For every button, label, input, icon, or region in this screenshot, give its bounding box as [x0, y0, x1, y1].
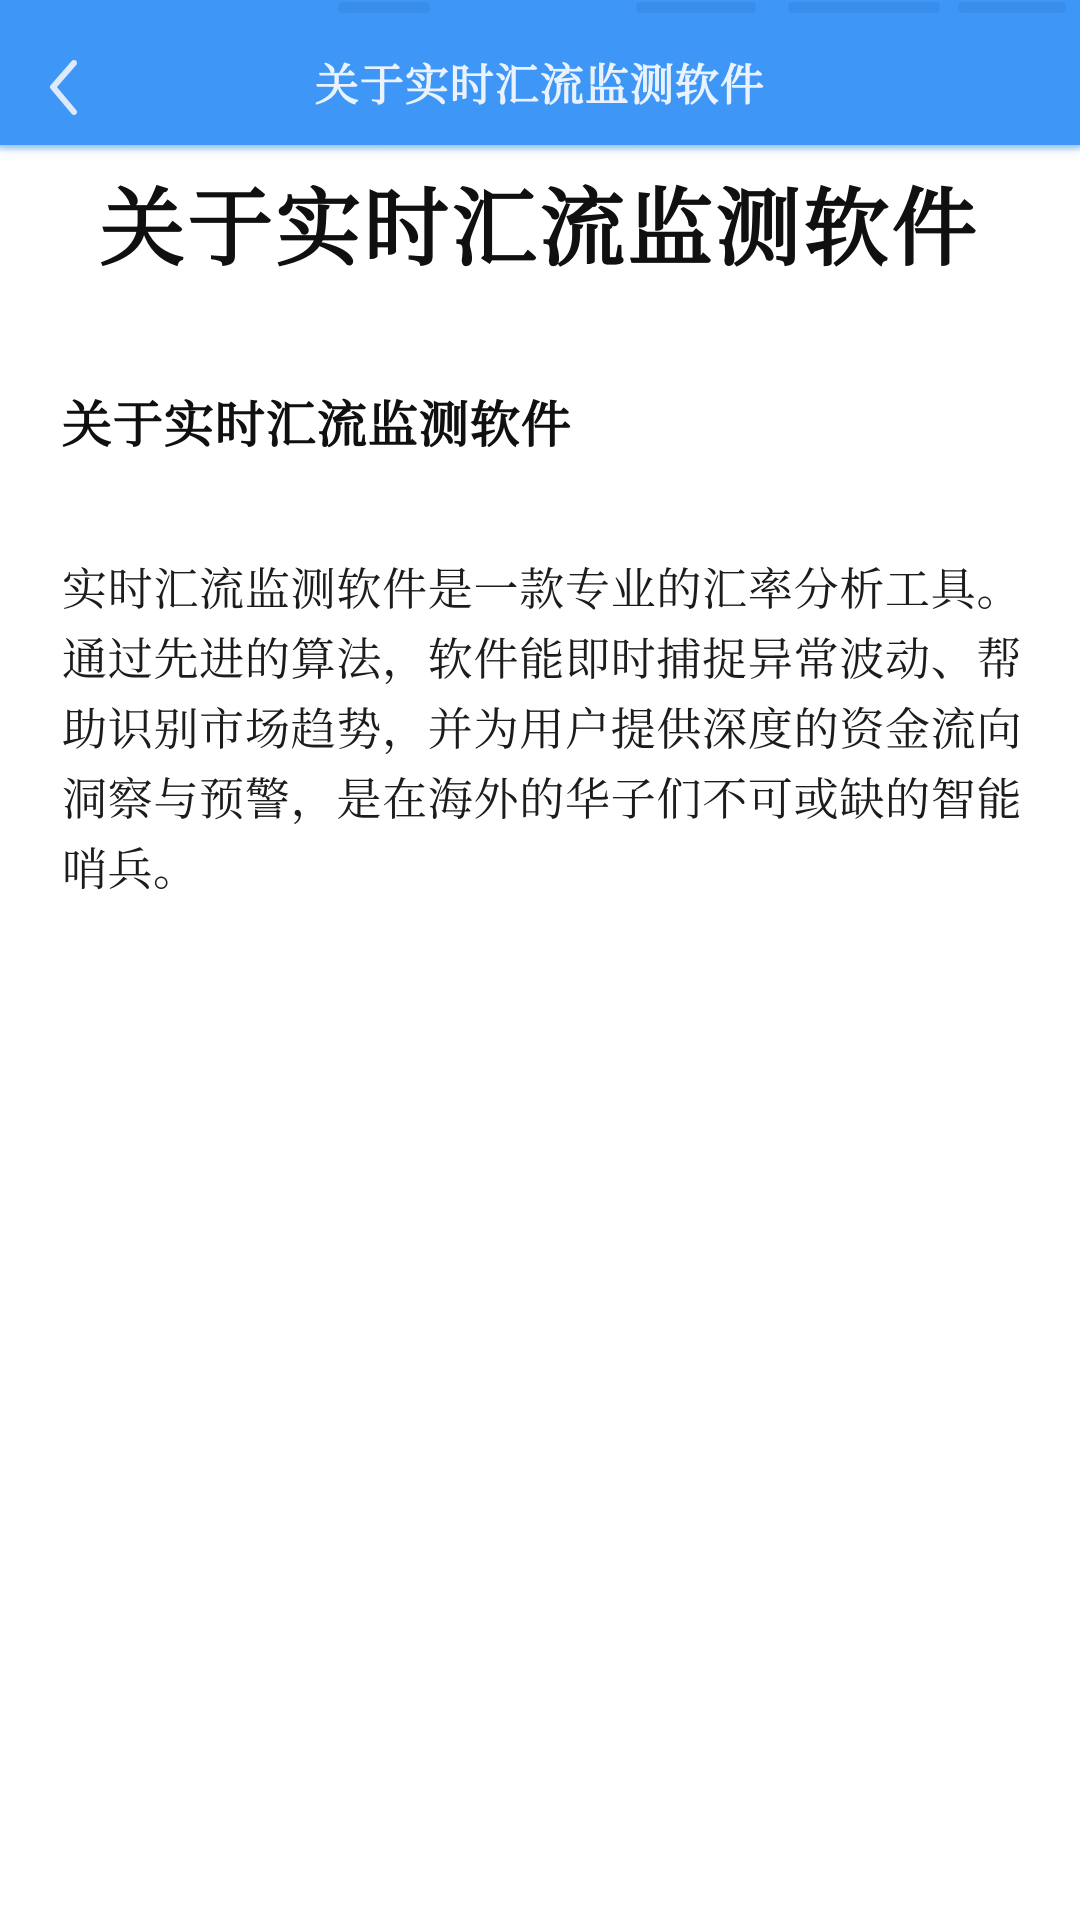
status-bar-artifact: [788, 2, 940, 13]
status-bar-artifact: [636, 2, 756, 13]
status-bar: [0, 0, 1080, 16]
content-area: 关于实时汇流监测软件 关于实时汇流监测软件 实时汇流监测软件是一款专业的汇率分析…: [0, 177, 1080, 905]
header-title: 关于实时汇流监测软件: [0, 60, 1080, 112]
status-bar-artifact: [958, 2, 1066, 13]
about-screen: 关于实时汇流监测软件 关于实时汇流监测软件 关于实时汇流监测软件 实时汇流监测软…: [0, 0, 1080, 1920]
status-bar-artifact: [338, 2, 430, 13]
app-header: 关于实时汇流监测软件: [0, 0, 1080, 145]
page-title: 关于实时汇流监测软件: [30, 177, 1050, 283]
section-title: 关于实时汇流监测软件: [62, 395, 1022, 455]
description-paragraph: 实时汇流监测软件是一款专业的汇率分析工具。通过先进的算法，软件能即时捕捉异常波动…: [62, 555, 1022, 905]
